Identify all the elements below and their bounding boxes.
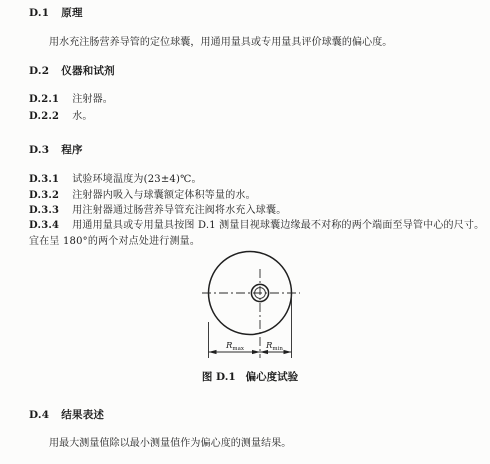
clause-text: 注射器内吸入与球囊额定体积等量的水。 <box>72 190 256 201</box>
clause-line: D.3.3用注射器通过肠营养导管充注阀将水充入球囊。 <box>29 205 286 217</box>
clause-text: 水。 <box>72 111 92 122</box>
clause-line: D.2.1注射器。 <box>29 94 113 106</box>
clause-number: D.3.1 <box>29 174 59 185</box>
clause-line: D.3.2注射器内吸入与球囊额定体积等量的水。 <box>29 190 256 202</box>
d4-body-text: 用最大测量值除以最小测量值作为偏心度的测量结果。 <box>49 438 291 450</box>
clause-number: D.2.1 <box>29 94 59 105</box>
clause-number: D.3.2 <box>29 190 59 201</box>
section-d1-heading: D.1原理 <box>29 7 83 19</box>
section-number: D.4 <box>29 409 49 421</box>
clause-text: 用通用量具或专用量具按图 D.1 测量目视球囊边缘最不对称的两个端面至导管中心的… <box>72 220 484 231</box>
dimension-arrow-left <box>209 350 217 354</box>
figure-caption-label: 图 D.1 <box>202 371 236 383</box>
dimension-arrow-mid-left <box>252 350 260 354</box>
clause-text: 试验环境温度为(23±4)℃。 <box>72 174 201 185</box>
document-page: D.1原理 用水充注肠营养导管的定位球囊，用通用量具或专用量具评价球囊的偏心度。… <box>0 0 490 464</box>
section-d2-heading: D.2仪器和试剂 <box>29 65 115 77</box>
clause-number: D.2.2 <box>29 111 59 122</box>
clause-line: D.2.2水。 <box>29 111 93 123</box>
section-title: 仪器和试剂 <box>61 65 115 77</box>
section-d3-heading: D.3程序 <box>29 144 83 156</box>
clause-line: D.3.4用通用量具或专用量具按图 D.1 测量目视球囊边缘最不对称的两个端面至… <box>29 220 484 232</box>
clause-text: 注射器。 <box>72 94 113 105</box>
figure-caption: 图 D.1偏心度试验 <box>160 369 340 384</box>
section-number: D.1 <box>29 7 49 19</box>
figure-diagram: Rmax Rmin <box>160 243 340 365</box>
section-title: 原理 <box>61 7 82 19</box>
clause-number: D.3.3 <box>29 205 59 216</box>
clause-line: D.3.1试验环境温度为(23±4)℃。 <box>29 174 202 186</box>
figure-caption-text: 偏心度试验 <box>246 371 299 383</box>
dimension-arrow-right <box>284 350 292 354</box>
section-number: D.3 <box>29 144 49 156</box>
section-d4-heading: D.4结果表述 <box>29 409 104 421</box>
rmin-label: Rmin <box>265 341 283 352</box>
d1-body-text: 用水充注肠营养导管的定位球囊，用通用量具或专用量具评价球囊的偏心度。 <box>49 37 392 49</box>
clause-text: 用注射器通过肠营养导管充注阀将水充入球囊。 <box>72 205 286 216</box>
section-number: D.2 <box>29 65 49 77</box>
section-title: 程序 <box>61 144 82 156</box>
section-title: 结果表述 <box>61 409 104 421</box>
clause-number: D.3.4 <box>29 220 59 231</box>
rmax-label: Rmax <box>225 341 245 352</box>
